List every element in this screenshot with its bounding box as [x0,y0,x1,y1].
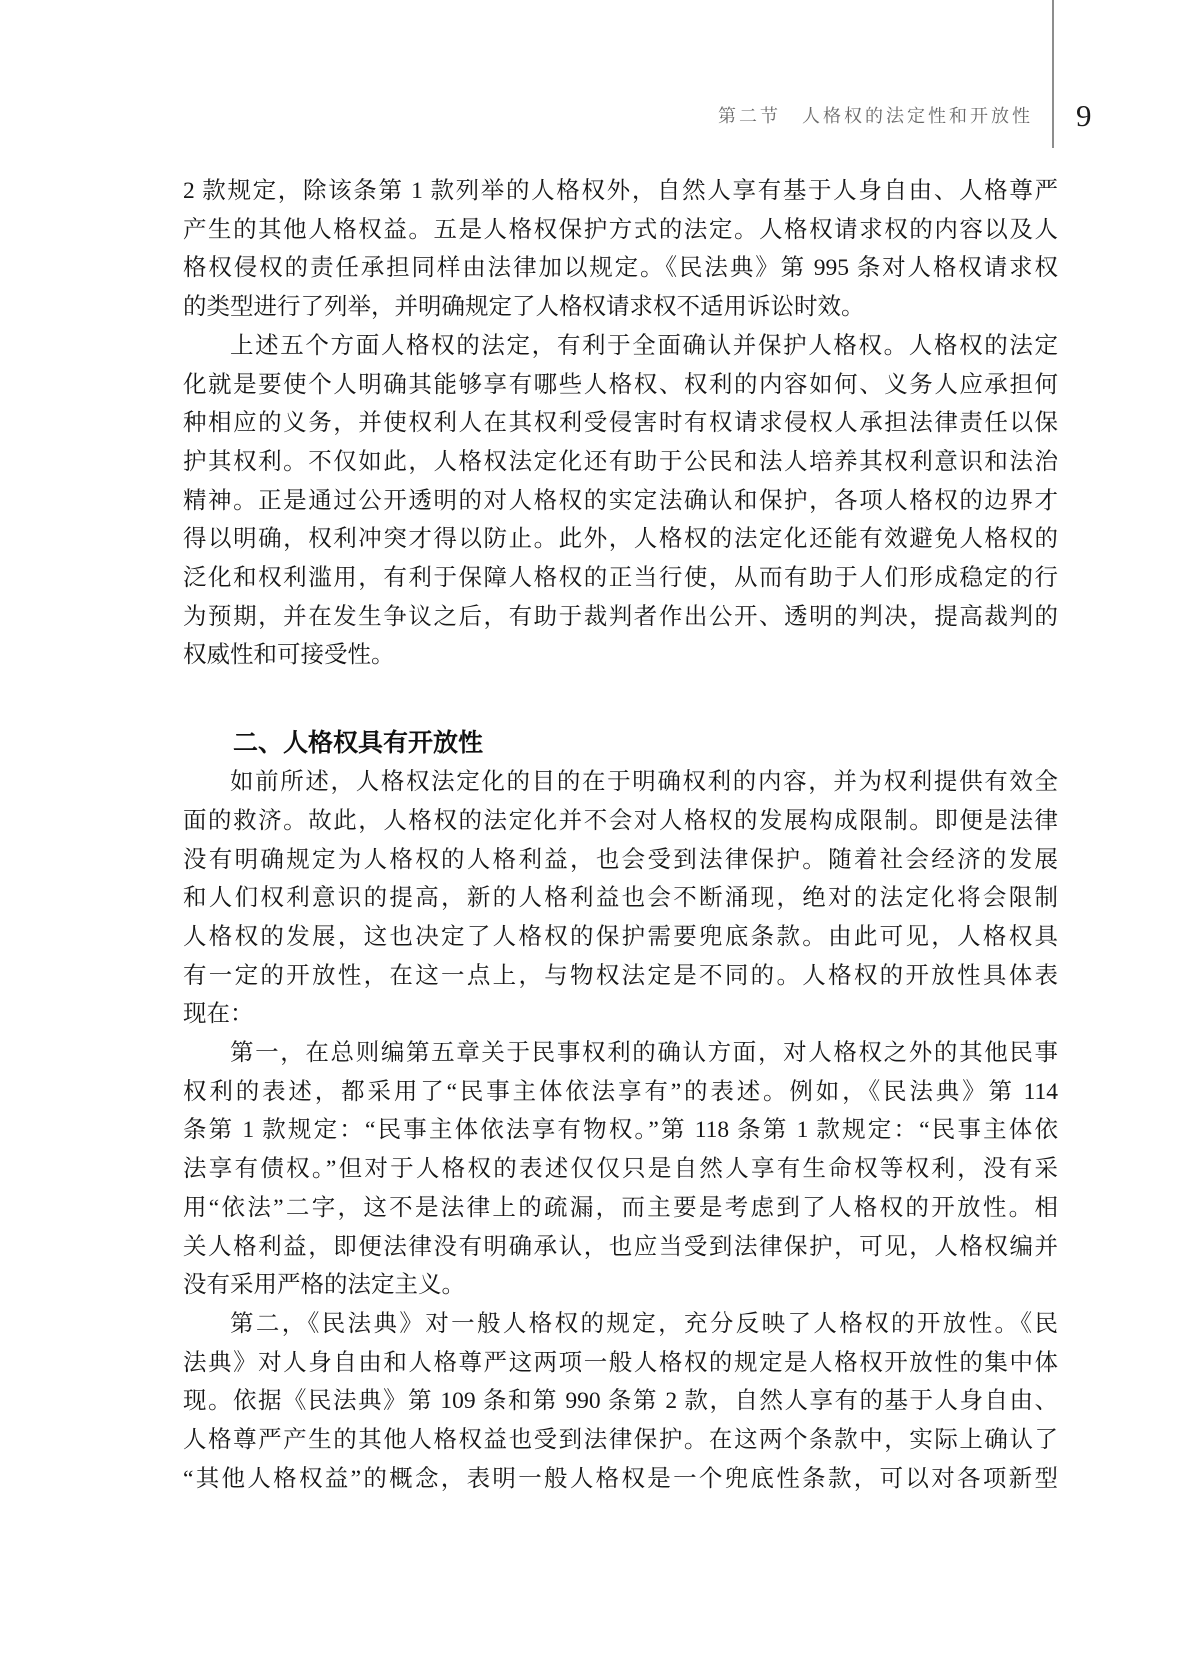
text-line: 权威性和可接受性。 [183,636,1058,675]
text-line: 如前所述，人格权法定化的目的在于明确权利的内容，并为权利提供有效全 [183,763,1058,802]
text-line: 权利的表述，都采用了“民事主体依法享有”的表述。例如，《民法典》第 114 [183,1073,1058,1112]
section-heading: 二、人格权具有开放性 [183,723,1058,763]
text-line: 的类型进行了列举，并明确规定了人格权请求权不适用诉讼时效。 [183,288,1058,327]
text-line: 没有明确规定为人格权的人格利益，也会受到法律保护。随着社会经济的发展 [183,841,1058,880]
text-line: 有一定的开放性，在这一点上，与物权法定是不同的。人格权的开放性具体表 [183,957,1058,996]
text-line: 关人格利益，即便法律没有明确承认，也应当受到法律保护，可见，人格权编并 [183,1228,1058,1267]
text-line: 得以明确，权利冲突才得以防止。此外，人格权的法定化还能有效避免人格权的 [183,520,1058,559]
text-line: 现在： [183,995,1058,1034]
book-page: 第二节 人格权的法定性和开放性 9 2 款规定，除该条第 1 款列举的人格权外，… [0,0,1203,1675]
page-number: 9 [1076,96,1092,136]
text-line: 上述五个方面人格权的法定，有利于全面确认并保护人格权。人格权的法定 [183,327,1058,366]
paragraph-first-point: 第一，在总则编第五章关于民事权利的确认方面，对人格权之外的其他民事 权利的表述，… [183,1034,1058,1305]
paragraph-openness-intro: 如前所述，人格权法定化的目的在于明确权利的内容，并为权利提供有效全 面的救济。故… [183,763,1058,1034]
text-line: 种相应的义务，并使权利人在其权利受侵害时有权请求侵权人承担法律责任以保 [183,404,1058,443]
page-content: 2 款规定，除该条第 1 款列举的人格权外，自然人享有基于人身自由、人格尊严 产… [183,172,1058,1499]
text-line: 格权侵权的责任承担同样由法律加以规定。《民法典》第 995 条对人格权请求权 [183,249,1058,288]
text-line: 产生的其他人格权益。五是人格权保护方式的法定。人格权请求权的内容以及人 [183,211,1058,250]
text-line: 精神。正是通过公开透明的对人格权的实定法确认和保护，各项人格权的边界才 [183,482,1058,521]
text-line: 现。依据《民法典》第 109 条和第 990 条第 2 款，自然人享有的基于人身… [183,1382,1058,1421]
text-line: 法享有债权。”但对于人格权的表述仅仅只是自然人享有生命权等权利，没有采 [183,1150,1058,1189]
text-line: 第二，《民法典》对一般人格权的规定，充分反映了人格权的开放性。《民 [183,1305,1058,1344]
text-line: 法典》对人身自由和人格尊严这两项一般人格权的规定是人格权开放性的集中体 [183,1344,1058,1383]
paragraph-continuation: 2 款规定，除该条第 1 款列举的人格权外，自然人享有基于人身自由、人格尊严 产… [183,172,1058,327]
text-line: 人格权的发展，这也决定了人格权的保护需要兜底条款。由此可见，人格权具 [183,918,1058,957]
text-line: 条第 1 款规定：“民事主体依法享有物权。”第 118 条第 1 款规定：“民事… [183,1111,1058,1150]
paragraph-second-point: 第二，《民法典》对一般人格权的规定，充分反映了人格权的开放性。《民 法典》对人身… [183,1305,1058,1499]
text-line: 2 款规定，除该条第 1 款列举的人格权外，自然人享有基于人身自由、人格尊严 [183,172,1058,211]
text-line: 护其权利。不仅如此，人格权法定化还有助于公民和法人培养其权利意识和法治 [183,443,1058,482]
text-line: 化就是要使个人明确其能够享有哪些人格权、权利的内容如何、义务人应承担何 [183,366,1058,405]
text-line: 泛化和权利滥用，有利于保障人格权的正当行使，从而有助于人们形成稳定的行 [183,559,1058,598]
paragraph-legality-benefits: 上述五个方面人格权的法定，有利于全面确认并保护人格权。人格权的法定 化就是要使个… [183,327,1058,675]
text-line: 人格尊严产生的其他人格权益也受到法律保护。在这两个条款中，实际上确认了 [183,1421,1058,1460]
text-line: 为预期，并在发生争议之后，有助于裁判者作出公开、透明的判决，提高裁判的 [183,598,1058,637]
text-line: 第一，在总则编第五章关于民事权利的确认方面，对人格权之外的其他民事 [183,1034,1058,1073]
text-line: 没有采用严格的法定主义。 [183,1266,1058,1305]
text-line: 面的救济。故此，人格权的法定化并不会对人格权的发展构成限制。即便是法律 [183,802,1058,841]
text-line: 和人们权利意识的提高，新的人格利益也会不断涌现，绝对的法定化将会限制 [183,879,1058,918]
running-header-title: 第二节 人格权的法定性和开放性 [718,104,1033,128]
header-divider-line [1052,0,1054,148]
text-line: 用“依法”二字，这不是法律上的疏漏，而主要是考虑到了人格权的开放性。相 [183,1189,1058,1228]
text-line: “其他人格权益”的概念，表明一般人格权是一个兜底性条款，可以对各项新型 [183,1460,1058,1499]
